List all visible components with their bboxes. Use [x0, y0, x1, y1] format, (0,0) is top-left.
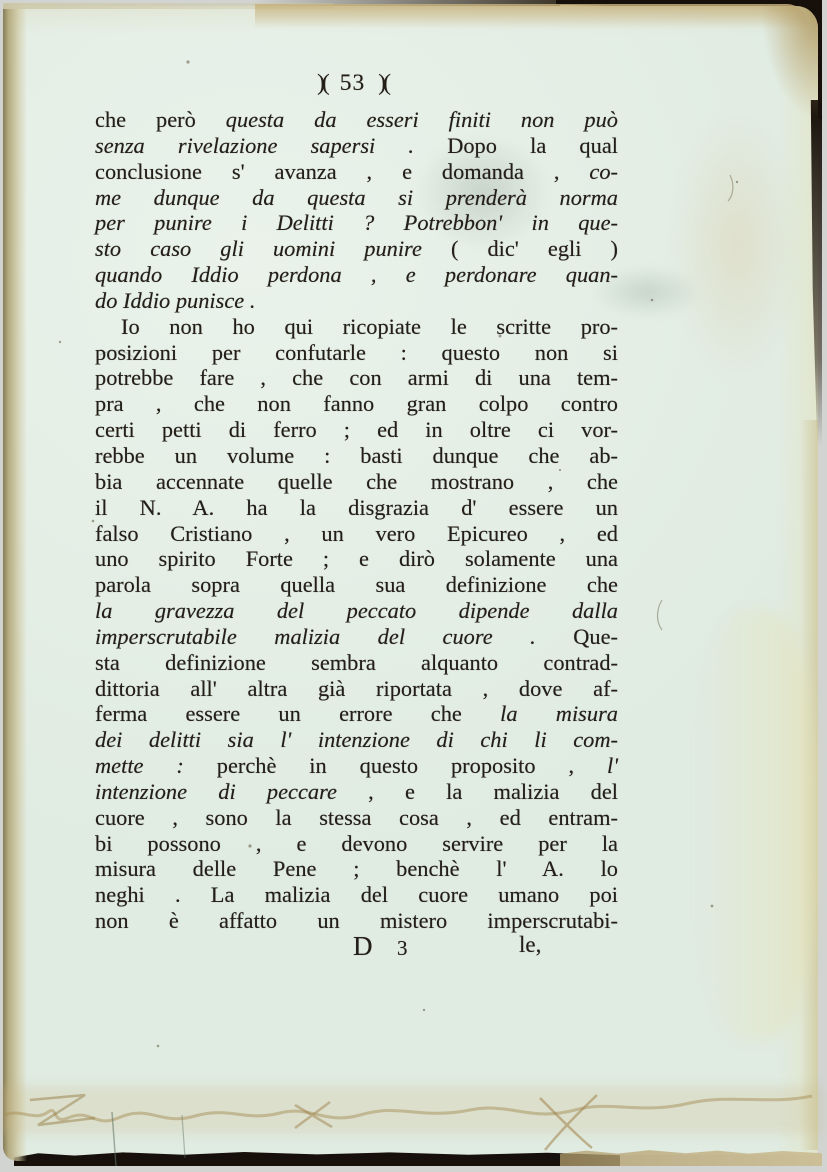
text-segment: ( dic' egli ): [451, 236, 618, 261]
text-line: imperscrutabile malizia del cuore . Que-: [95, 624, 618, 650]
text-line: do Iddio punisce .: [95, 288, 618, 314]
text-line: sto caso gli uomini punire ( dic' egli ): [95, 236, 618, 262]
text-line: bia accennate quelle che mostrano , che: [95, 469, 618, 495]
text-line: parola sopra quella sua definizione che: [95, 572, 618, 598]
text-line: ferma essere un errore che la misura: [95, 701, 618, 727]
text-segment: intenzione di peccare: [95, 779, 337, 804]
signature-mark: D: [353, 931, 373, 962]
text-segment: dittoria all' altra già riportata , dove…: [95, 676, 618, 701]
text-segment: sta definizione sembra alquanto contrad-: [95, 650, 618, 675]
page-header: )(53)(: [95, 70, 610, 97]
text-segment: , e la malizia del: [337, 779, 618, 804]
text-line: intenzione di peccare , e la malizia del: [95, 779, 618, 805]
text-segment: quando Iddio perdona , e perdonare quan-: [95, 262, 618, 287]
page-edge-left: [3, 3, 27, 1161]
text-segment: ferma essere un errore che: [95, 701, 500, 726]
text-segment: pra , che non fanno gran colpo contro: [95, 391, 618, 416]
catchword: le,: [519, 932, 541, 958]
header-ornament-right: )(: [378, 70, 388, 96]
signature-number: 3: [397, 936, 408, 961]
text-segment: bia accennate quelle che mostrano , che: [95, 469, 618, 494]
text-segment: questa da esseri finiti non può: [226, 107, 618, 132]
text-line: quando Iddio perdona , e perdonare quan-: [95, 262, 618, 288]
scan-background: )(53)( che però questa da esseri finiti …: [0, 0, 827, 1172]
text-segment: l': [607, 753, 618, 778]
text-line: me dunque da questa si prenderà norma: [95, 185, 618, 211]
text-segment: per punire i Delitti ? Potrebbon' in que…: [95, 210, 618, 235]
text-segment: mette :: [95, 753, 217, 778]
text-segment: la gravezza del peccato dipende dalla: [95, 598, 618, 623]
text-line: potrebbe fare , che con armi di una tem-: [95, 365, 618, 391]
text-segment: neghi . La malizia del cuore umano poi: [95, 882, 618, 907]
text-segment: che però: [95, 107, 226, 132]
text-segment: la misura: [500, 701, 618, 726]
text-segment: me dunque da questa si prenderà norma: [95, 185, 618, 210]
text-line: il N. A. ha la disgrazia d' essere un: [95, 495, 618, 521]
text-segment: co-: [589, 159, 618, 184]
page-corner-deckle: [762, 6, 818, 116]
text-segment: rebbe un volume : basti dunque che ab-: [95, 443, 618, 468]
text-segment: uno spirito Forte ; e dirò solamente una: [95, 546, 618, 571]
text-line: conclusione s' avanza , e domanda , co-: [95, 159, 618, 185]
header-ornament-left: )(: [317, 70, 327, 96]
text-segment: certi petti di ferro ; ed in oltre ci vo…: [95, 417, 618, 442]
page-edge-right: [800, 420, 818, 1150]
text-segment: falso Cristiano , un vero Epicureo , ed: [95, 521, 618, 546]
text-segment: non è affatto un mistero imperscrutabi-: [95, 908, 618, 933]
text-segment: posizioni per confutarle : questo non si: [95, 340, 618, 365]
text-segment: do Iddio punisce .: [95, 288, 255, 313]
text-line: dittoria all' altra già riportata , dove…: [95, 676, 618, 702]
signature-line: D 3 le,: [95, 931, 618, 961]
text-segment: il N. A. ha la disgrazia d' essere un: [95, 495, 618, 520]
text-segment: parola sopra quella sua definizione che: [95, 572, 618, 597]
text-segment: sto caso gli uomini punire: [95, 236, 451, 261]
text-line: uno spirito Forte ; e dirò solamente una: [95, 546, 618, 572]
text-segment: potrebbe fare , che con armi di una tem-: [95, 365, 618, 390]
text-segment: dei delitti sia l' intenzione di chi li …: [95, 727, 618, 752]
text-line: falso Cristiano , un vero Epicureo , ed: [95, 521, 618, 547]
text-segment: misura delle Pene ; benchè l' A. lo: [95, 856, 618, 881]
text-line: sta definizione sembra alquanto contrad-: [95, 650, 618, 676]
text-segment: Io non ho qui ricopiate le scritte pro-: [121, 314, 618, 339]
text-segment: conclusione s' avanza , e domanda ,: [95, 159, 589, 184]
text-line: rebbe un volume : basti dunque che ab-: [95, 443, 618, 469]
page-deckle-top: [255, 4, 807, 28]
text-line: dei delitti sia l' intenzione di chi li …: [95, 727, 618, 753]
page-number: 53: [327, 70, 379, 96]
text-line: cuore , sono la stessa cosa , ed entram-: [95, 805, 618, 831]
text-line: certi petti di ferro ; ed in oltre ci vo…: [95, 417, 618, 443]
text-line: senza rivelazione sapersi . Dopo la qual: [95, 133, 618, 159]
text-segment: Que-: [573, 624, 618, 649]
text-line: pra , che non fanno gran colpo contro: [95, 391, 618, 417]
text-line: che però questa da esseri finiti non può: [95, 107, 618, 133]
text-segment: bi possono , e devono servire per la: [95, 831, 618, 856]
page-text: che però questa da esseri finiti non può…: [95, 107, 618, 934]
text-line: per punire i Delitti ? Potrebbon' in que…: [95, 210, 618, 236]
text-line: mette : perchè in questo proposito , l': [95, 753, 618, 779]
text-line: misura delle Pene ; benchè l' A. lo: [95, 856, 618, 882]
text-segment: Dopo la qual: [447, 133, 618, 158]
text-line: neghi . La malizia del cuore umano poi: [95, 882, 618, 908]
text-segment: imperscrutabile malizia del cuore .: [95, 624, 573, 649]
text-line: posizioni per confutarle : questo non si: [95, 340, 618, 366]
text-line: bi possono , e devono servire per la: [95, 831, 618, 857]
text-segment: senza rivelazione sapersi .: [95, 133, 447, 158]
text-segment: cuore , sono la stessa cosa , ed entram-: [95, 805, 618, 830]
text-segment: perchè in questo proposito ,: [217, 753, 607, 778]
text-line: Io non ho qui ricopiate le scritte pro-: [95, 314, 618, 340]
text-line: la gravezza del peccato dipende dalla: [95, 598, 618, 624]
